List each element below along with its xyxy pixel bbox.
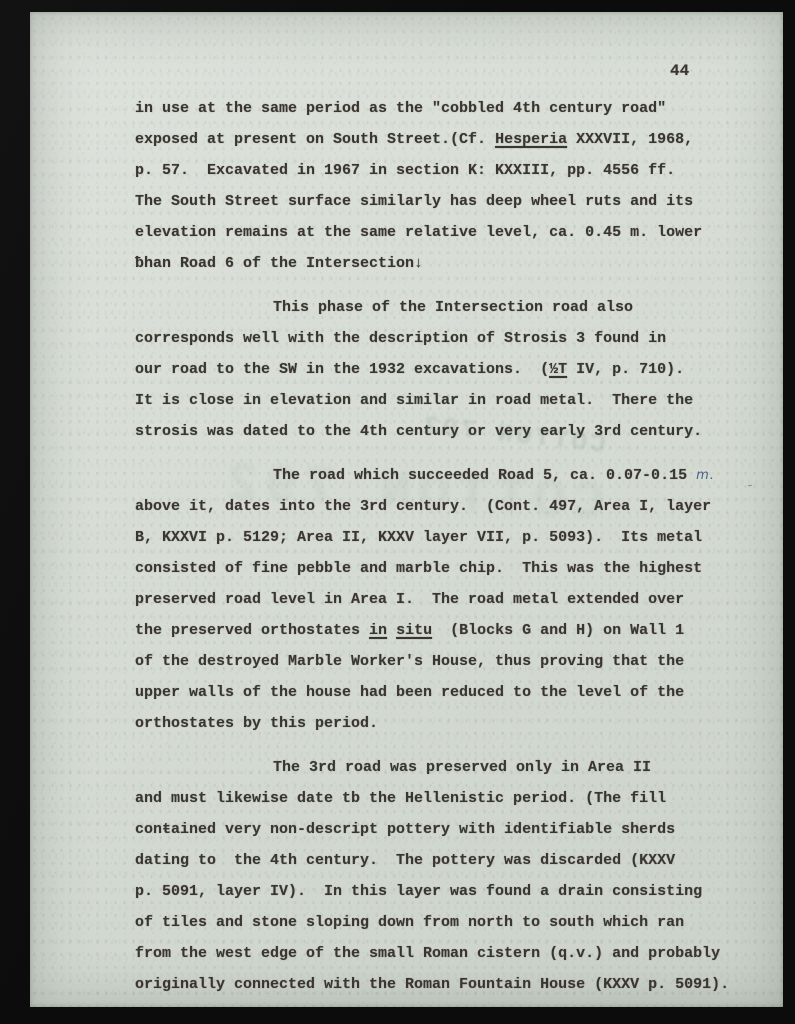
text-line: conŧained very non-descript pottery with… [135, 814, 750, 845]
typed-text: strosis was dated to the 4th century or … [135, 423, 702, 440]
typed-text: our road to the SW in the 1932 excavatio… [135, 361, 549, 378]
text-line: our road to the SW in the 1932 excavatio… [135, 354, 750, 385]
text-line: elevation remains at the same relative l… [135, 217, 750, 248]
typed-text: exposed at present on South Street.(Cf. [135, 131, 495, 148]
underlined-text: ½T [549, 361, 567, 378]
text-line: The South Street surface similarly has d… [135, 186, 750, 217]
text-line: corresponds well with the description of… [135, 323, 750, 354]
document-page: COTTON 792 COTTON 792 44 - in use at the… [30, 12, 783, 1007]
typed-text: This phase of the Intersection road also [273, 299, 633, 316]
typed-text: from the west edge of the small Roman ci… [135, 945, 720, 962]
text-line: The road which succeeded Road 5, ca. 0.0… [135, 460, 750, 491]
paragraph: in use at the same period as the "cobble… [135, 93, 750, 279]
typed-text: consisted of fine pebble and marble chip… [135, 560, 702, 577]
typed-text: in use at the same period as the "cobble… [135, 100, 666, 117]
typed-text: of tiles and stone sloping down from nor… [135, 914, 684, 931]
typed-text: upper walls of the house had been reduce… [135, 684, 684, 701]
typed-text: and must likewise date tb the Hellenisti… [135, 790, 666, 807]
text-line: in use at the same period as the "cobble… [135, 93, 750, 124]
text-line: This phase of the Intersection road also [135, 292, 750, 323]
text-line: p. 5091, layer IV). In this layer was fo… [135, 876, 750, 907]
text-line: of tiles and stone sloping down from nor… [135, 907, 750, 938]
underlined-text: situ [396, 622, 432, 639]
text-line: strosis was dated to the 4th century or … [135, 416, 750, 447]
text-line: from the west edge of the small Roman ci… [135, 938, 750, 969]
typed-text-block: in use at the same period as the "cobble… [135, 93, 750, 1013]
typed-text: The 3rd road was preserved only in Area … [273, 759, 651, 776]
text-line: and must likewise date tb the Hellenisti… [135, 783, 750, 814]
text-line: orthostates by this period. [135, 708, 750, 739]
underlined-text: Hesperia [495, 131, 567, 148]
text-line: preserved road level in Area I. The road… [135, 584, 750, 615]
paragraph: The road which succeeded Road 5, ca. 0.0… [135, 460, 750, 739]
text-line: consisted of fine pebble and marble chip… [135, 553, 750, 584]
paragraph: The 3rd road was preserved only in Area … [135, 752, 750, 1000]
typed-text: originally connected with the Roman Foun… [135, 976, 729, 993]
text-line: originally connected with the Roman Foun… [135, 969, 750, 1000]
typed-text: The road which succeeded Road 5, ca. 0.0… [273, 467, 696, 484]
typed-text: preserved road level in Area I. The road… [135, 591, 684, 608]
typed-text: elevation remains at the same relative l… [135, 224, 702, 241]
text-line: ƀhan Road 6 of the Intersection↓ [135, 248, 750, 279]
typed-text: dating to the 4th century. The pottery w… [135, 852, 675, 869]
text-line: dating to the 4th century. The pottery w… [135, 845, 750, 876]
typed-text: orthostates by this period. [135, 715, 378, 732]
typed-text: B, KXXVI p. 5129; Area II, KXXV layer VI… [135, 529, 702, 546]
typed-text: XXXVII, 1968, [567, 131, 693, 148]
text-line: of the destroyed Marble Worker's House, … [135, 646, 750, 677]
underlined-text: in [369, 622, 387, 639]
typed-text: ƀhan Road 6 of the Intersection↓ [135, 255, 423, 272]
typed-text: The South Street surface similarly has d… [135, 193, 693, 210]
text-line: upper walls of the house had been reduce… [135, 677, 750, 708]
text-line: p. 57. Excavated in 1967 in section K: K… [135, 155, 750, 186]
text-line: The 3rd road was preserved only in Area … [135, 752, 750, 783]
typed-text: corresponds well with the description of… [135, 330, 666, 347]
typed-text: above it, dates into the 3rd century. (C… [135, 498, 711, 515]
typed-text: conŧained very non-descript pottery with… [135, 821, 675, 838]
typed-text [387, 622, 396, 639]
page-number: 44 [670, 62, 689, 80]
typed-text: (Blocks G and H) on Wall 1 [432, 622, 684, 639]
typed-text: the preserved orthostates [135, 622, 369, 639]
scan-background: { "page": { "number": "44", "paper_color… [0, 0, 795, 1024]
text-line: the preserved orthostates in situ (Block… [135, 615, 750, 646]
typed-text: IV, p. 710). [567, 361, 684, 378]
typed-text: of the destroyed Marble Worker's House, … [135, 653, 684, 670]
typed-text: p. 57. Excavated in 1967 in section K: K… [135, 162, 675, 179]
typed-text: p. 5091, layer IV). In this layer was fo… [135, 883, 702, 900]
handwritten-annotation: m. [696, 468, 715, 483]
paragraph: This phase of the Intersection road also… [135, 292, 750, 447]
text-line: exposed at present on South Street.(Cf. … [135, 124, 750, 155]
text-line: above it, dates into the 3rd century. (C… [135, 491, 750, 522]
text-line: It is close in elevation and similar in … [135, 385, 750, 416]
text-line: B, KXXVI p. 5129; Area II, KXXV layer VI… [135, 522, 750, 553]
typed-text: It is close in elevation and similar in … [135, 392, 693, 409]
